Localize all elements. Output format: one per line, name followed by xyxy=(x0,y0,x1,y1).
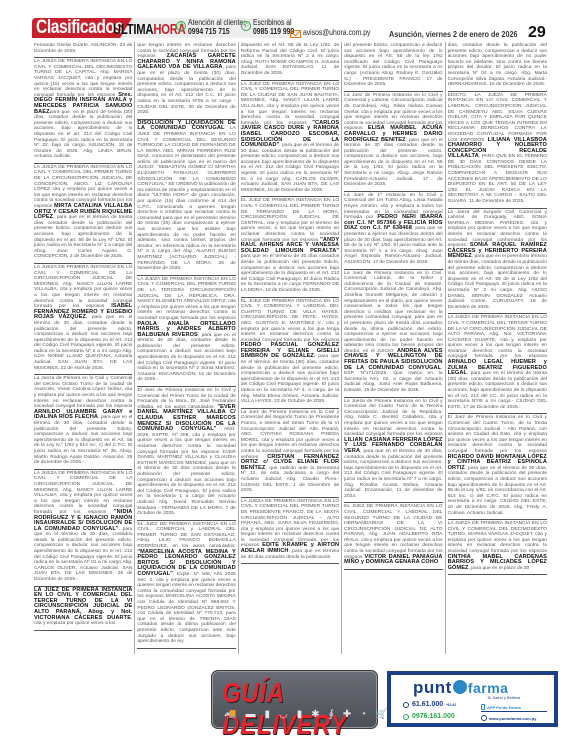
legal-notice: La Juez de Primera Instancia en lo Civil… xyxy=(344,92,442,192)
notice-tail: . Expte. Nº 168, Año 2025 Sec. 2, cita y… xyxy=(137,572,235,644)
notice-text: EL JUEZ DE PRIMERA INSTANCIA EN LO CIVIL… xyxy=(137,522,235,549)
email-contact: avisos@uhora.com.py xyxy=(290,28,382,38)
legal-notice: El Juez de Primera Instancia en lo Civil… xyxy=(137,387,235,521)
notice-tail: , para que en el término de 30 días, con… xyxy=(34,527,132,582)
notice-text: EL JUEZ DE PRIMERA INSTANCIA EN LO CIVIL… xyxy=(241,299,339,343)
mobile-phone-icon xyxy=(481,704,485,710)
logo-farma: farma xyxy=(468,680,509,696)
ad-whatsapp[interactable]: 0976.161.000 xyxy=(412,713,455,720)
notice-text: La Jueza de Primera Instancia en lo Civi… xyxy=(344,399,442,438)
legal-notice: El Juez de Primera Instancia en lo Civil… xyxy=(448,414,547,520)
whatsapp-icon: ✆ xyxy=(176,21,186,31)
notice-tail: , PARA QUE EN EL TÉRMINO DE 30 DÍAS CONT… xyxy=(448,154,547,204)
website-row: www.puntofarma.com.py xyxy=(481,715,536,721)
legal-notice: LA JUEZA DE PRIMERA INSTANCIA EN LO CIVI… xyxy=(137,276,235,387)
column-3: dispuesto en el Art. 55 de la Ley 1/92, … xyxy=(239,42,342,654)
dateline: Asunción, viernes 2 de enero de 2026 xyxy=(389,30,517,39)
legal-notice: EL JUEZ DE PRIMERA INSTANCIA EN LO CIVIL… xyxy=(344,503,442,570)
column-4: del presente Edicto, comparezcan a deduc… xyxy=(342,42,445,654)
ad-phone[interactable]: 61.61.000 xyxy=(412,701,443,708)
notice-text: LA JUEZA DE PRIMERA INSTANCIA EN LO CIVI… xyxy=(241,499,339,549)
legal-notice: del presente Edicto, comparezcan a deduc… xyxy=(344,42,442,92)
notice-text: La Jueza de Primera en lo Civil y Comerc… xyxy=(34,376,132,409)
pill-icon: ▬ xyxy=(245,709,255,720)
legal-notice: La Jueza del Juzgado Civil, Comercial y … xyxy=(448,209,547,315)
ad-website[interactable]: www.puntofarma.com.py xyxy=(489,716,536,721)
ad-phone-short: *61.61 xyxy=(446,703,456,707)
email-address: avisos@uhora.com.py xyxy=(303,29,370,38)
notice-tail: , para que en el término de treinta (30)… xyxy=(241,354,339,404)
page-header: Clasificados ULTIMAHORA ✆ Atención al cl… xyxy=(0,0,580,38)
ad-app-label[interactable]: APP Punto Farma xyxy=(487,705,521,710)
legal-notice: LA JUEZA DE PRIMERA INSTANCIA EN LO CIVI… xyxy=(34,470,132,587)
puntofarma-ad[interactable]: puntfarma Tu Salud y Belleza 61.61.000 *… xyxy=(387,671,558,727)
globe-icon xyxy=(481,715,487,721)
bag-icon: ▮ xyxy=(264,709,270,720)
notice-tail: LA JUEZ DE PRIMERA INSTANCIA EN LO CIVIL… xyxy=(137,126,235,271)
legal-notice: DISOLUCIÓN Y LIQUIDACIÓN DE LA COMUNIDAD… xyxy=(137,120,235,276)
legal-notice: LA JUEZA DE PRIMERA INSTANCIA EN LO CIVI… xyxy=(448,314,547,414)
legal-notice: que tengan interés en reclamar derechos … xyxy=(137,42,235,120)
notice-text: días, contados desde la publicación del … xyxy=(448,43,547,87)
legal-notice: LA JUEZA DE PRIMERA INSTANCIA EN LO CIVI… xyxy=(448,520,547,575)
app-row: APP Punto Farma xyxy=(481,704,521,710)
notice-tail: , para que en el término de 30 días, con… xyxy=(34,415,132,465)
notice-parties: LA JUEZ DE PRIMERA INSTANCIA EN LO CIVIL… xyxy=(34,587,132,621)
notice-text: La Juez de Primera Instancia en lo Civil… xyxy=(344,271,442,354)
legal-notice: EL JUEZ DE PRIMERA INSTANCIA EN LO CIVIL… xyxy=(241,197,339,297)
logo-circle-icon xyxy=(453,680,467,694)
stethoscope-icon: ∮ xyxy=(329,709,334,720)
shopping-bag-icon: ▮ xyxy=(297,709,303,720)
legal-notice: LA JUEZA DE PRIMERA INSTANCIA EN LO CIVI… xyxy=(34,58,132,164)
legal-notice: La Jueza de Primera en lo Civil y Comerc… xyxy=(34,375,132,470)
section-title: Clasificados xyxy=(36,18,123,38)
cart-icon: 🛒 xyxy=(375,709,387,720)
column-2: que tengan interés en reclamar derechos … xyxy=(135,42,238,654)
legal-notice: La Juez de Primera Instancia en lo Civil… xyxy=(344,270,442,398)
legal-notice: EDICTO. LA JUEZA DE PRIMERA INSTANCIA EN… xyxy=(448,92,547,209)
notice-text: del presente Edicto, comparezcan a deduc… xyxy=(344,43,442,87)
whatsapp-icon: ✆ xyxy=(241,21,251,31)
whatsapp-phone: 0985 119 999 xyxy=(253,27,294,36)
whatsapp-icon xyxy=(403,714,409,720)
notice-tail: , para que en el término de 30 días cont… xyxy=(344,138,442,188)
classifieds-columns: Fernando Ovelar Duarte. ASUNCIÓN, 23 de … xyxy=(32,42,549,654)
notice-tail: para que, en el plazo de treinta (30) dí… xyxy=(34,110,132,160)
legal-notice: EL JUEZ DE PRIMERA INSTANCIA EN LO CIVIL… xyxy=(241,298,339,409)
notice-text: La Juez de Primera Instancia en lo Civil… xyxy=(241,410,339,460)
legal-notice: LA JUEZ DE PRIMERA INSTANCIA EN LO CIVIL… xyxy=(241,81,339,198)
legal-notice: días, contados desde la publicación del … xyxy=(448,42,547,92)
whatsapp-row: 0976.161.000 xyxy=(403,713,455,720)
logo-part-ultima: ULTIMA xyxy=(113,21,153,38)
notice-tail: , para que en el término de 30 días, con… xyxy=(137,333,235,383)
notice-tail: , para que en el término de 30 días, con… xyxy=(241,143,339,193)
column-1: Fernando Ovelar Duarte. ASUNCIÓN, 23 de … xyxy=(32,42,135,654)
newspaper-logo: ULTIMAHORA xyxy=(113,22,186,38)
notice-tail: , para que en el término de 30 días, con… xyxy=(448,466,547,516)
guia-delivery-ad[interactable]: GUÍA DELIVERY 🚚 ▬ ▮ ◡ ▮ ✱ ∮ ✚ ◔ 🛒 xyxy=(211,670,378,729)
legal-notice: LA JUEZ DE PRIMERA INSTANCIA EN LO CIVIL… xyxy=(34,587,132,631)
truck-icon: 🚚 xyxy=(224,709,236,720)
notice-text: EL JUEZ DE PRIMERA INSTANCIA EN LO CIVIL… xyxy=(344,504,442,559)
notice-tail: , para que en el término de 30 días, con… xyxy=(344,449,442,499)
notice-text: Fernando Ovelar Duarte. ASUNCIÓN, 23 de … xyxy=(34,43,132,54)
notice-text: LA JUEZA DE PRIMERA INSTANCIA EN LO CIVI… xyxy=(137,277,235,321)
customer-service-phone: 0994 715 715 xyxy=(188,27,230,36)
notice-text: El Juez de Primera Instancia en lo Civil… xyxy=(448,415,547,454)
medical-cross-icon: ✱ xyxy=(311,709,319,720)
notice-tail: para que en el término de 30 días contad… xyxy=(241,254,339,293)
logo-punt: punt xyxy=(413,678,452,697)
notice-tail: , para que en el término de treinta (30)… xyxy=(448,371,547,410)
legal-notice: La Jueza de Primera Instancia en lo Civi… xyxy=(344,398,442,504)
notice-tail: AÑO: 2025, EXPTE. Nº 208, cita y emplaza… xyxy=(137,427,235,516)
notice-text: dispuesto en el Art. 55 de la Ley 1/92, … xyxy=(241,43,339,76)
ad-icon-row: 🚚 ▬ ▮ ◡ ▮ ✱ ∮ ✚ ◔ 🛒 xyxy=(224,709,388,720)
ad-divider xyxy=(481,711,547,712)
ad-slogan: Tu Salud y Belleza xyxy=(487,695,520,700)
legal-notice: dispuesto en el Art. 55 de la Ley 1/92, … xyxy=(241,42,339,81)
notice-tail: , para que en el término de treinta días… xyxy=(34,215,132,259)
column-5: días, contados desde la publicación del … xyxy=(446,42,549,654)
phone-row: 61.61.000 *61.61 xyxy=(403,701,456,708)
food-bowl-icon: ◡ xyxy=(279,709,288,720)
legal-notice: La Juez de Primera Instancia en lo Civil… xyxy=(241,409,339,498)
page-number: 29 xyxy=(528,24,546,42)
email-icon xyxy=(290,30,301,38)
notice-tail: , para que se presenten a ejercer sus de… xyxy=(344,226,442,265)
phone-icon xyxy=(403,702,409,708)
notice-text: LA JUEZA DE PRIMERA INSTANCIA EN LO CIVI… xyxy=(448,521,547,554)
notice-text: LA JUEZA DE PRIMERA INSTANCIA EN LO CIVI… xyxy=(448,315,547,359)
legal-notice: LA JUEZA DE PRIMERA INSTANCIA EN LO CIVI… xyxy=(34,164,132,264)
notice-tail: , para que en el término de 30 días, con… xyxy=(34,315,132,370)
legal-notice: LA JUEZA DE PRIMERA INSTANCIA EN LO CIVI… xyxy=(34,264,132,375)
notice-tail: , para que en el plazo de 30 xyxy=(469,566,530,571)
notice-tail: , para que en el perentorio término de t… xyxy=(448,254,547,309)
legal-notice: LA JUEZA DE PRIMERA INSTANCIA EN LO CIVI… xyxy=(241,498,339,565)
first-aid-icon: ✚ xyxy=(343,709,351,720)
legal-notice: Fernando Ovelar Duarte. ASUNCIÓN, 23 de … xyxy=(34,42,132,58)
notice-tail: , para que en el plazo de treinta (30) d… xyxy=(137,65,235,115)
legal-notice: La Juez de 1ª Instancia en lo Civil y Co… xyxy=(344,192,442,270)
legal-notice: EL JUEZ DE PRIMERA INSTANCIA EN LO CIVIL… xyxy=(137,521,235,649)
notice-text: EDICTO. LA JUEZA DE PRIMERA INSTANCIA EN… xyxy=(448,93,547,143)
notice-parties: DISOLUCIÓN Y LIQUIDACIÓN DE LA COMUNIDAD… xyxy=(137,120,235,132)
clock-icon: ◔ xyxy=(360,709,366,720)
